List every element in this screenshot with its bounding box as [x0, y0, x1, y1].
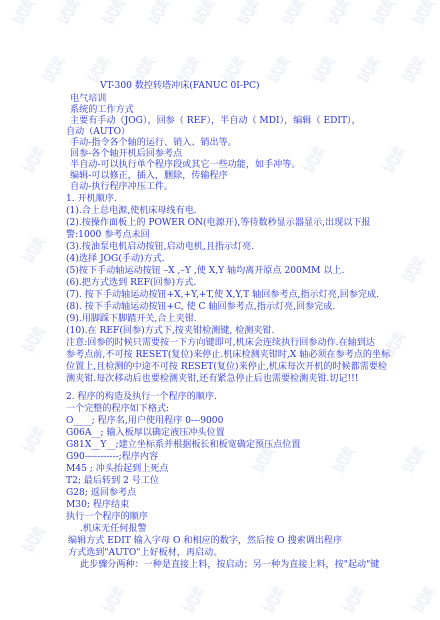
text-line: (2).按操作面板上的 POWER ON(电源开),等待数秒显示器显示,出现以下… [66, 218, 371, 229]
text-line: 回参-各个轴开机后回参考点 [70, 149, 182, 160]
note-line: 位置上,且检测的中途不可按 RESET(复位)来停止,机床每次开机的时候都需要检 [66, 362, 387, 373]
note-line: 测夹钳.每次移动后也要检测夹钳,还有紧急停止后也需要检测夹钳.切记!!! [66, 374, 358, 385]
document-page: VT-300 数控转塔冲床(FANUC 0I-PC) 电气培训 系统的工作方式 … [0, 0, 440, 620]
code-line: M45 ; 冲头抬起到上死点 [66, 464, 168, 475]
section-heading: 系统的工作方式 [70, 105, 134, 116]
code-line: G90-----------;程序内容 [66, 452, 158, 463]
code-line: G28; 返回参考点 [66, 488, 136, 499]
code-line: O____; 程序名,用户使用程序 0---9000 [66, 416, 223, 427]
code-line: G06A__; 输入板厚以确定液压冲头位置 [66, 428, 225, 439]
text-line: 半自动-可以执行单个程序段或其它一些功能，如手冲等。 [70, 160, 300, 171]
text-line: (1).合上总电源,使机床母线有电. [66, 206, 197, 217]
text-line: 自动（AUTO） [66, 127, 130, 138]
text-line: 自动-执行程序冲压工件。 [70, 182, 173, 193]
text-line: 方式选到"AUTO"上好板材，再启动。 [68, 548, 222, 559]
numbered-heading: 2. 程序的构造及执行一个程序的顺序. [66, 392, 217, 403]
text-line: 编辑-可以修正，插入，删除，传输程序 [70, 171, 228, 182]
code-line: T2; 最后转到 2 号工位 [66, 476, 159, 487]
text-line: (9).用脚踩下脚踏开关,合上夹钳. [66, 314, 197, 325]
text-line: 编辑方式 EDIT 输入字母 O 和相应的数字，然后按 O 搜索调出程序 [68, 536, 342, 547]
text-line: (5)按下手动轴运动按钮 –X ,–Y ,使 X,Y 轴均离开原点 200MM … [66, 266, 344, 277]
text-line: (3).按油泵电机启动按钮,启动电机,且指示灯亮. [66, 242, 254, 253]
text-line: (4)选择 JOG(手动)方式. [66, 254, 165, 265]
text-line: (10).在 REF(回参)方式下,按夹钳检测键, 检测夹钳. [66, 326, 274, 337]
code-line: M30; 程序结束 [66, 500, 129, 511]
text-line: (6).把方式选到 REF(回参)方式. [66, 278, 196, 289]
text-line: 一个完整的程序如下格式: [66, 404, 169, 415]
note-line: 参考点前,不可按 RESET(复位)来停止.机床检测夹钳时,X 轴必须在参考点的… [66, 350, 390, 361]
text-line: 手动-指令各个轴的运行、销入、销出等。 [70, 138, 237, 149]
section-heading: 电气培训 [70, 94, 106, 105]
text-line: (8). 按下手动轴运动按钮+C, 使 C 轴回参考点,指示灯亮,回参完成. [66, 302, 335, 313]
text-line: 此步骤分两种：一种是直接上料，按启动；另一种为直接上料，按"起动"键 [80, 560, 379, 571]
note-line: 注意:回参的时候只需要按一下方向键即可,机床会连续执行回参动作.在轴到达 [66, 338, 375, 349]
code-line: G81X__Y__;建立坐标系并根据板长和板宽确定预压点位置 [66, 440, 300, 451]
text-line: 执行一个程序的顺序 [66, 512, 148, 523]
document-title: VT-300 数控转塔冲床(FANUC 0I-PC) [100, 81, 260, 92]
text-line: .机床无任何报警 [80, 524, 147, 535]
text-line: (7). 按下手动轴运动按钮+X,+Y,+T,使 X,Y,T 轴回参考点,指示灯… [66, 290, 379, 301]
text-line: 警:1000 参考点未回 [66, 230, 150, 241]
numbered-heading: 1. 开机顺序. [66, 194, 117, 205]
text-line: 主要有手动（JOG），回参（ REF），半自动（ MDI），编辑（ EDIT）， [70, 116, 361, 127]
